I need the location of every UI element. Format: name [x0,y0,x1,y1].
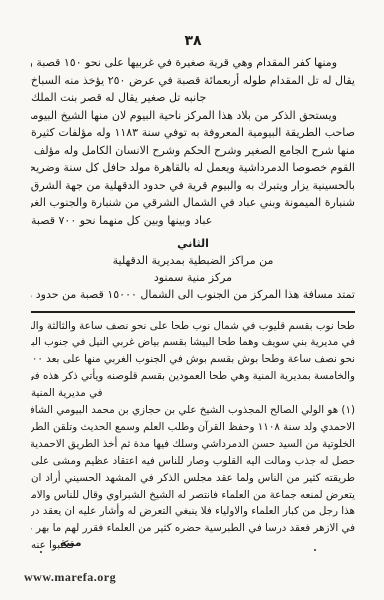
body-line: صاحب الطريقة البيومية المعروفة به توفي س… [31,124,355,142]
page-number: ٣٨ [31,0,355,54]
footnote-line: في الازهر فعقد درسا في الطبرسية حضره كثي… [31,520,355,537]
body-line: ويستحق الذكر من بلاد هذا المركز ناحية ال… [31,107,355,125]
body-paragraph-1: ومنها كفر المقدام وهي قرية صغيرة في غربي… [31,54,355,107]
body-line: شنبارة الميمونة وبني عباد في الشمال الشر… [31,194,355,212]
body-line: بالحسينية يزار ويتبرك به والبيوم قرية في… [31,177,355,195]
footnote-line: الخلوتية من السيد حسن الدمرداشي وسلك فيه… [31,436,355,453]
body-paragraph-2: ويستحق الذكر من بلاد هذا المركز ناحية ال… [31,107,355,230]
ink-speck [40,551,42,553]
ink-speck [314,549,316,551]
footnote-line: يتعرض لمنعه جماعة من العلماء فانتصر له ا… [31,487,355,504]
footnote-1: (١) هو الولي الصالح المجذوب الشيخ علي بن… [31,402,355,554]
footnote-line: هذا رجل من كبار العلماء والاولياء فلا ين… [31,503,355,520]
footnote-continuation: طحا نوب بقسم قليوب في شمال نوب طحا على ن… [31,318,355,403]
footnote-line: في مديرية المنية [31,385,355,402]
footnote-line: حصل له جذب ومالت اليه القلوب وصار للناس … [31,453,355,470]
footnote-divider [31,311,355,313]
footnote-line: نحو نصف ساعة وطحا بوش بقسم بوش في الجنوب… [31,351,355,368]
section-opening-line: تمتد مسافة هذا المركز من الجنوب الى الشم… [31,286,355,304]
catchword: منية [60,537,81,549]
watermark-text: www.marefa.org [24,570,116,585]
footnote-line: الاحمدي ولد سنة ١١٠٨ وحفظ القرآن وطلب ال… [31,419,355,436]
text-column: ٣٨ ومنها كفر المقدام وهي قرية صغيرة في غ… [31,0,355,554]
scanned-book-page: ٣٨ ومنها كفر المقدام وهي قرية صغيرة في غ… [0,0,384,600]
footnote-line: والخامسة بمديرية المنية وهي طحا العمودين… [31,368,355,385]
section-subtitle: من مراكز الضبطية بمديرية الدقهلية [31,252,355,269]
section-center-name: مركز منية سمنود [31,269,355,286]
body-line: عباد وبينها وبين كل منهما نحو ٧٠٠ قصبة [31,212,355,230]
footnote-line: طريقته كثير من الناس ولما عقد مجلس الذكر… [31,470,355,487]
body-line: يقال له تل المقدام طوله أربعمائة قصبة في… [31,72,355,90]
body-line: منها شرح الجامع الصغير وشرح الحكم وشرح ا… [31,142,355,160]
footnote-line: طحا نوب بقسم قليوب في شمال نوب طحا على ن… [31,318,355,335]
footnote-line: (١) هو الولي الصالح المجذوب الشيخ علي بن… [31,402,355,419]
body-line: القوم خصوصا الدمرداشية ويعمل له بالقاهرة… [31,159,355,177]
body-line: ومنها كفر المقدام وهي قرية صغيرة في غربي… [31,54,355,72]
body-line: جانبه تل صغير يقال له قصر بنت الملك [31,89,355,107]
section-title: الثاني [31,235,355,252]
footnote-line: في مديرية بني سويف وهما طحا البيشا بقسم … [31,334,355,351]
